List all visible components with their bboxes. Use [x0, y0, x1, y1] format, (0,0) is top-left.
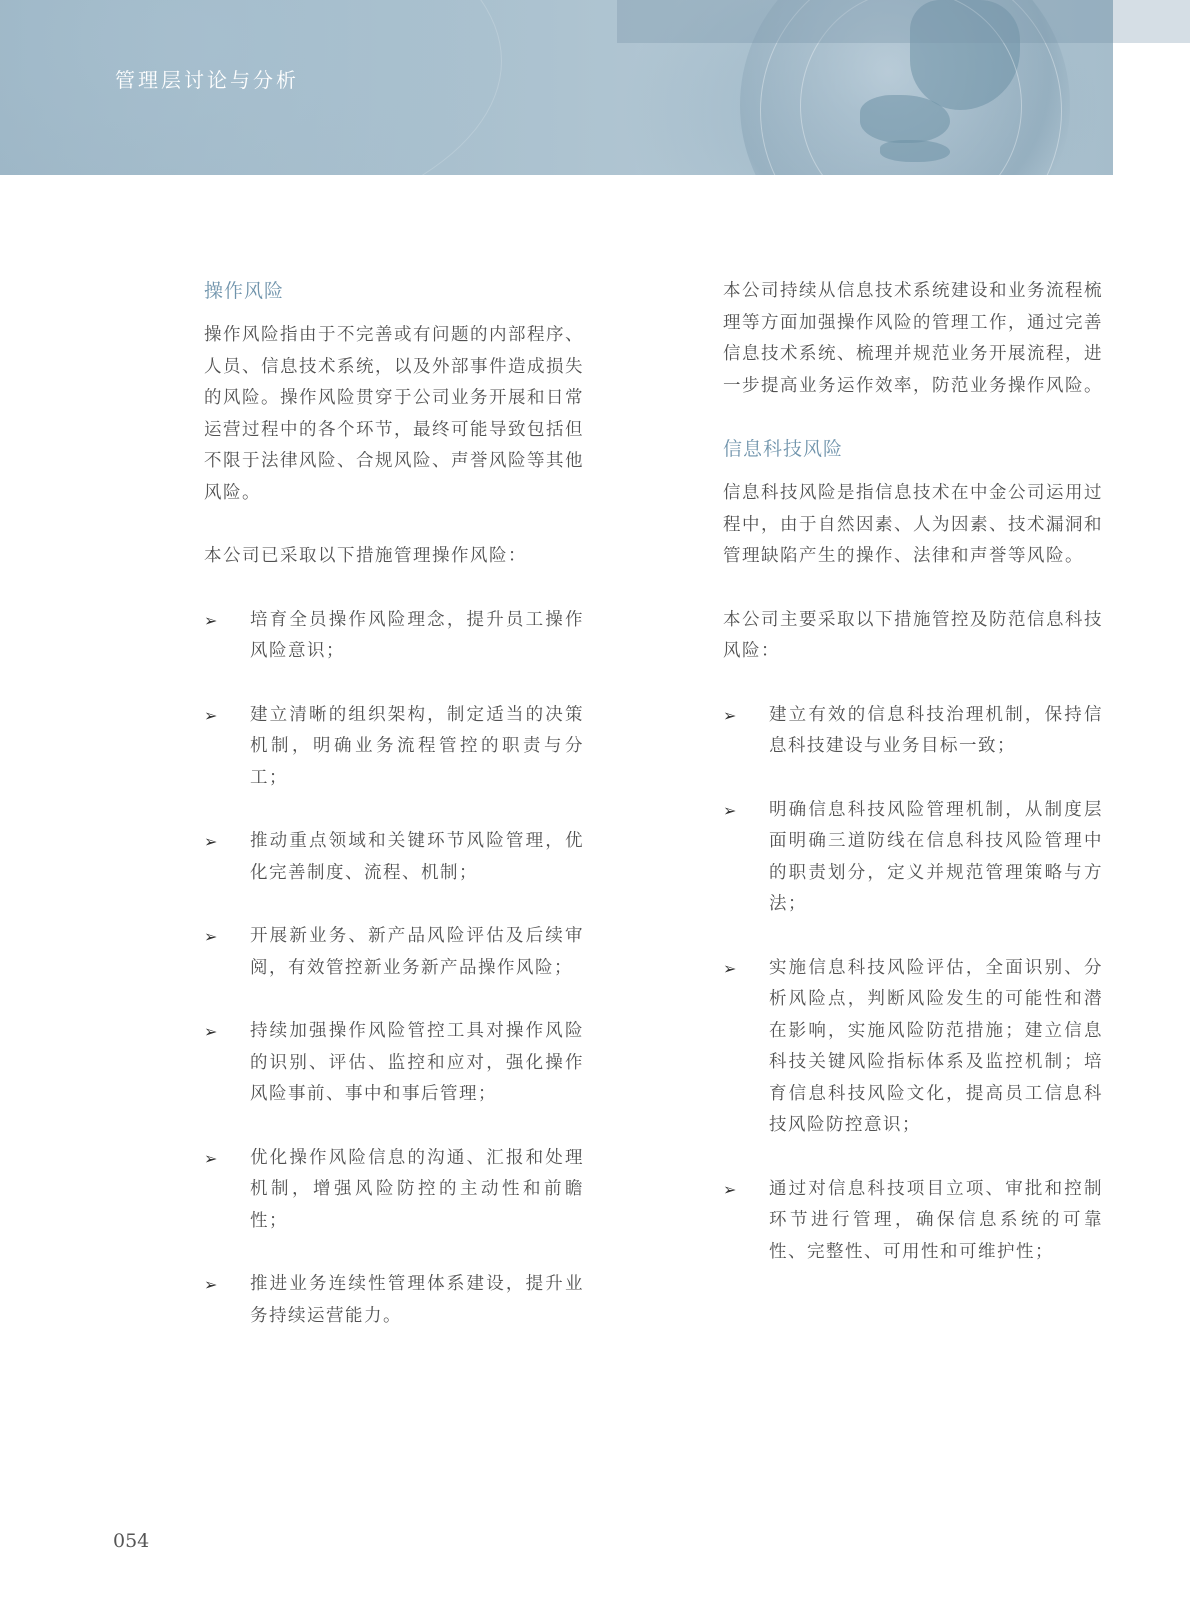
- header-strip: [617, 0, 1190, 43]
- it-risk-intro: 信息科技风险是指信息技术在中金公司运用过程中，由于自然因素、人为因素、技术漏洞和…: [723, 478, 1103, 573]
- list-item: ➢建立清晰的组织架构，制定适当的决策机制，明确业务流程管控的职责与分工；: [204, 700, 584, 795]
- list-item: ➢优化操作风险信息的沟通、汇报和处理机制，增强风险防控的主动性和前瞻性；: [204, 1143, 584, 1238]
- list-item: ➢实施信息科技风险评估，全面识别、分析风险点，判断风险发生的可能性和潜在影响，实…: [723, 953, 1103, 1142]
- arrow-bullet-icon: ➢: [723, 1174, 738, 1206]
- left-column: 操作风险 操作风险指由于不完善或有问题的内部程序、人员、信息技术系统，以及外部事…: [204, 276, 584, 1364]
- list-item: ➢明确信息科技风险管理机制，从制度层面明确三道防线在信息科技风险管理中的职责划分…: [723, 795, 1103, 921]
- heading-it-risk: 信息科技风险: [723, 434, 1103, 464]
- list-item-text: 明确信息科技风险管理机制，从制度层面明确三道防线在信息科技风险管理中的职责划分，…: [769, 800, 1103, 915]
- list-item-text: 培育全员操作风险理念，提升员工操作风险意识；: [250, 610, 584, 662]
- right-column: 本公司持续从信息技术系统建设和业务流程梳理等方面加强操作风险的管理工作，通过完善…: [723, 276, 1103, 1300]
- heading-operational-risk: 操作风险: [204, 276, 584, 306]
- list-item: ➢开展新业务、新产品风险评估及后续审阅，有效管控新业务新产品操作风险；: [204, 921, 584, 984]
- arrow-bullet-icon: ➢: [204, 826, 219, 858]
- list-item: ➢建立有效的信息科技治理机制，保持信息科技建设与业务目标一致；: [723, 700, 1103, 763]
- list-item-text: 持续加强操作风险管控工具对操作风险的识别、评估、监控和应对，强化操作风险事前、事…: [250, 1021, 584, 1104]
- it-risk-measures-list: ➢建立有效的信息科技治理机制，保持信息科技建设与业务目标一致； ➢明确信息科技风…: [723, 700, 1103, 1269]
- list-item-text: 优化操作风险信息的沟通、汇报和处理机制，增强风险防控的主动性和前瞻性；: [250, 1148, 584, 1231]
- section-title: 管理层讨论与分析: [115, 64, 299, 93]
- list-item: ➢培育全员操作风险理念，提升员工操作风险意识；: [204, 605, 584, 668]
- list-item-text: 建立清晰的组织架构，制定适当的决策机制，明确业务流程管控的职责与分工；: [250, 705, 584, 788]
- arrow-bullet-icon: ➢: [723, 953, 738, 985]
- operational-risk-measures-lead: 本公司已采取以下措施管理操作风险：: [204, 541, 584, 573]
- list-item-text: 实施信息科技风险评估，全面识别、分析风险点，判断风险发生的可能性和潜在影响，实施…: [769, 958, 1103, 1136]
- list-item-text: 通过对信息科技项目立项、审批和控制环节进行管理，确保信息系统的可靠性、完整性、可…: [769, 1179, 1103, 1262]
- arrow-bullet-icon: ➢: [723, 795, 738, 827]
- header-strip-right: [1113, 0, 1190, 43]
- list-item: ➢持续加强操作风险管控工具对操作风险的识别、评估、监控和应对，强化操作风险事前、…: [204, 1016, 584, 1111]
- it-risk-measures-lead: 本公司主要采取以下措施管控及防范信息科技风险：: [723, 605, 1103, 668]
- arrow-bullet-icon: ➢: [204, 1269, 219, 1301]
- operational-risk-continuation: 本公司持续从信息技术系统建设和业务流程梳理等方面加强操作风险的管理工作，通过完善…: [723, 276, 1103, 402]
- arrow-bullet-icon: ➢: [204, 1016, 219, 1048]
- operational-risk-intro: 操作风险指由于不完善或有问题的内部程序、人员、信息技术系统，以及外部事件造成损失…: [204, 320, 584, 509]
- operational-risk-measures-list: ➢培育全员操作风险理念，提升员工操作风险意识； ➢建立清晰的组织架构，制定适当的…: [204, 605, 584, 1333]
- list-item: ➢推进业务连续性管理体系建设，提升业务持续运营能力。: [204, 1269, 584, 1332]
- page-number: 054: [113, 1530, 149, 1552]
- list-item: ➢推动重点领域和关键环节风险管理，优化完善制度、流程、机制；: [204, 826, 584, 889]
- list-item-text: 推动重点领域和关键环节风险管理，优化完善制度、流程、机制；: [250, 831, 584, 883]
- arrow-bullet-icon: ➢: [204, 1143, 219, 1175]
- arrow-bullet-icon: ➢: [204, 605, 219, 637]
- list-item-text: 推进业务连续性管理体系建设，提升业务持续运营能力。: [250, 1274, 584, 1326]
- list-item-text: 开展新业务、新产品风险评估及后续审阅，有效管控新业务新产品操作风险；: [250, 926, 584, 978]
- arrow-bullet-icon: ➢: [723, 700, 738, 732]
- list-item-text: 建立有效的信息科技治理机制，保持信息科技建设与业务目标一致；: [769, 705, 1103, 757]
- list-item: ➢通过对信息科技项目立项、审批和控制环节进行管理，确保信息系统的可靠性、完整性、…: [723, 1174, 1103, 1269]
- arrow-bullet-icon: ➢: [204, 921, 219, 953]
- arrow-bullet-icon: ➢: [204, 700, 219, 732]
